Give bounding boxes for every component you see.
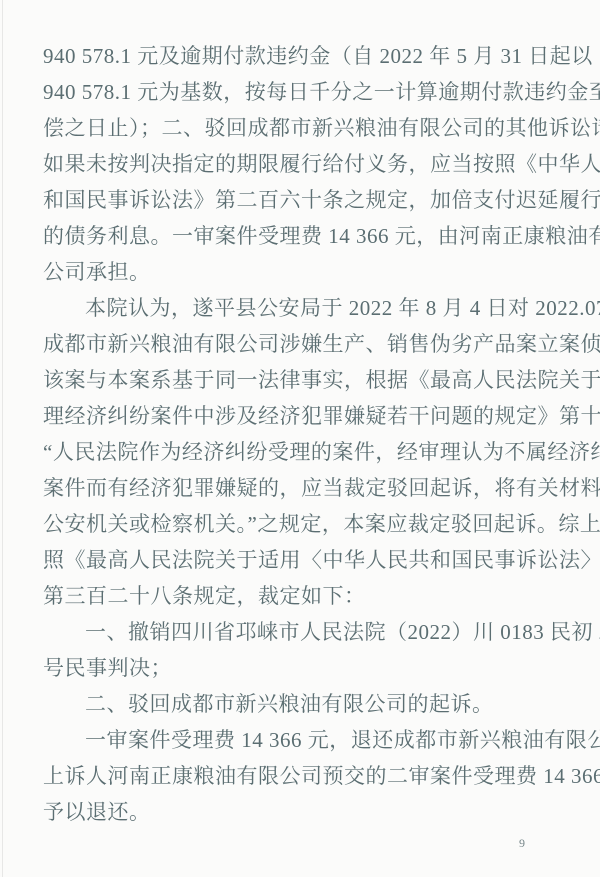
scanned-document-page: 940 578.1 元及逾期付款违约金（自 2022 年 5 月 31 日起以 …	[0, 0, 600, 877]
text-line: 公安机关或检察机关。”之规定，本案应裁定驳回起诉。综上，依	[43, 506, 557, 542]
text-line: 成都市新兴粮油有限公司涉嫌生产、销售伪劣产品案立案侦查，	[43, 326, 557, 362]
text-line: 一、撤销四川省邛崃市人民法院（2022）川 0183 民初 2269	[43, 614, 557, 650]
page-number: 9	[519, 836, 525, 850]
text-line: 本院认为，遂平县公安局于 2022 年 8 月 4 日对 2022.07.08	[43, 290, 557, 326]
text-line: 照《最高人民法院关于适用〈中华人民共和国民事诉讼法〉的解释》	[43, 542, 557, 578]
scan-edge-line	[2, 0, 3, 877]
text-line: 号民事判决；	[43, 650, 557, 686]
text-line: 940 578.1 元及逾期付款违约金（自 2022 年 5 月 31 日起以	[43, 38, 557, 74]
text-line: 的债务利息。一审案件受理费 14 366 元，由河南正康粮油有限	[43, 218, 557, 254]
text-line: 偿之日止）；二、驳回成都市新兴粮油有限公司的其他诉讼请求。	[43, 110, 557, 146]
text-line: 和国民事诉讼法》第二百六十条之规定，加倍支付迟延履行期间	[43, 182, 557, 218]
text-line: 案件而有经济犯罪嫌疑的，应当裁定驳回起诉，将有关材料移送	[43, 470, 557, 506]
text-line: “人民法院作为经济纠纷受理的案件，经审理认为不属经济纠纷	[43, 434, 557, 470]
text-line: 予以退还。	[43, 794, 557, 830]
text-line: 一审案件受理费 14 366 元，退还成都市新兴粮油有限公司；	[43, 722, 557, 758]
text-line: 二、驳回成都市新兴粮油有限公司的起诉。	[43, 686, 557, 722]
text-line: 940 578.1 元为基数，按每日千分之一计算逾期付款违约金至清	[43, 74, 557, 110]
text-line: 如果未按判决指定的期限履行给付义务，应当按照《中华人民共	[43, 146, 557, 182]
ruling-body-text: 940 578.1 元及逾期付款违约金（自 2022 年 5 月 31 日起以 …	[43, 38, 557, 830]
text-line: 理经济纠纷案件中涉及经济犯罪嫌疑若干问题的规定》第十一条	[43, 398, 557, 434]
text-line: 上诉人河南正康粮油有限公司预交的二审案件受理费 14 366 元	[43, 758, 557, 794]
text-line: 该案与本案系基于同一法律事实，根据《最高人民法院关于在审	[43, 362, 557, 398]
text-line: 公司承担。	[43, 254, 557, 290]
text-line: 第三百二十八条规定，裁定如下：	[43, 578, 557, 614]
